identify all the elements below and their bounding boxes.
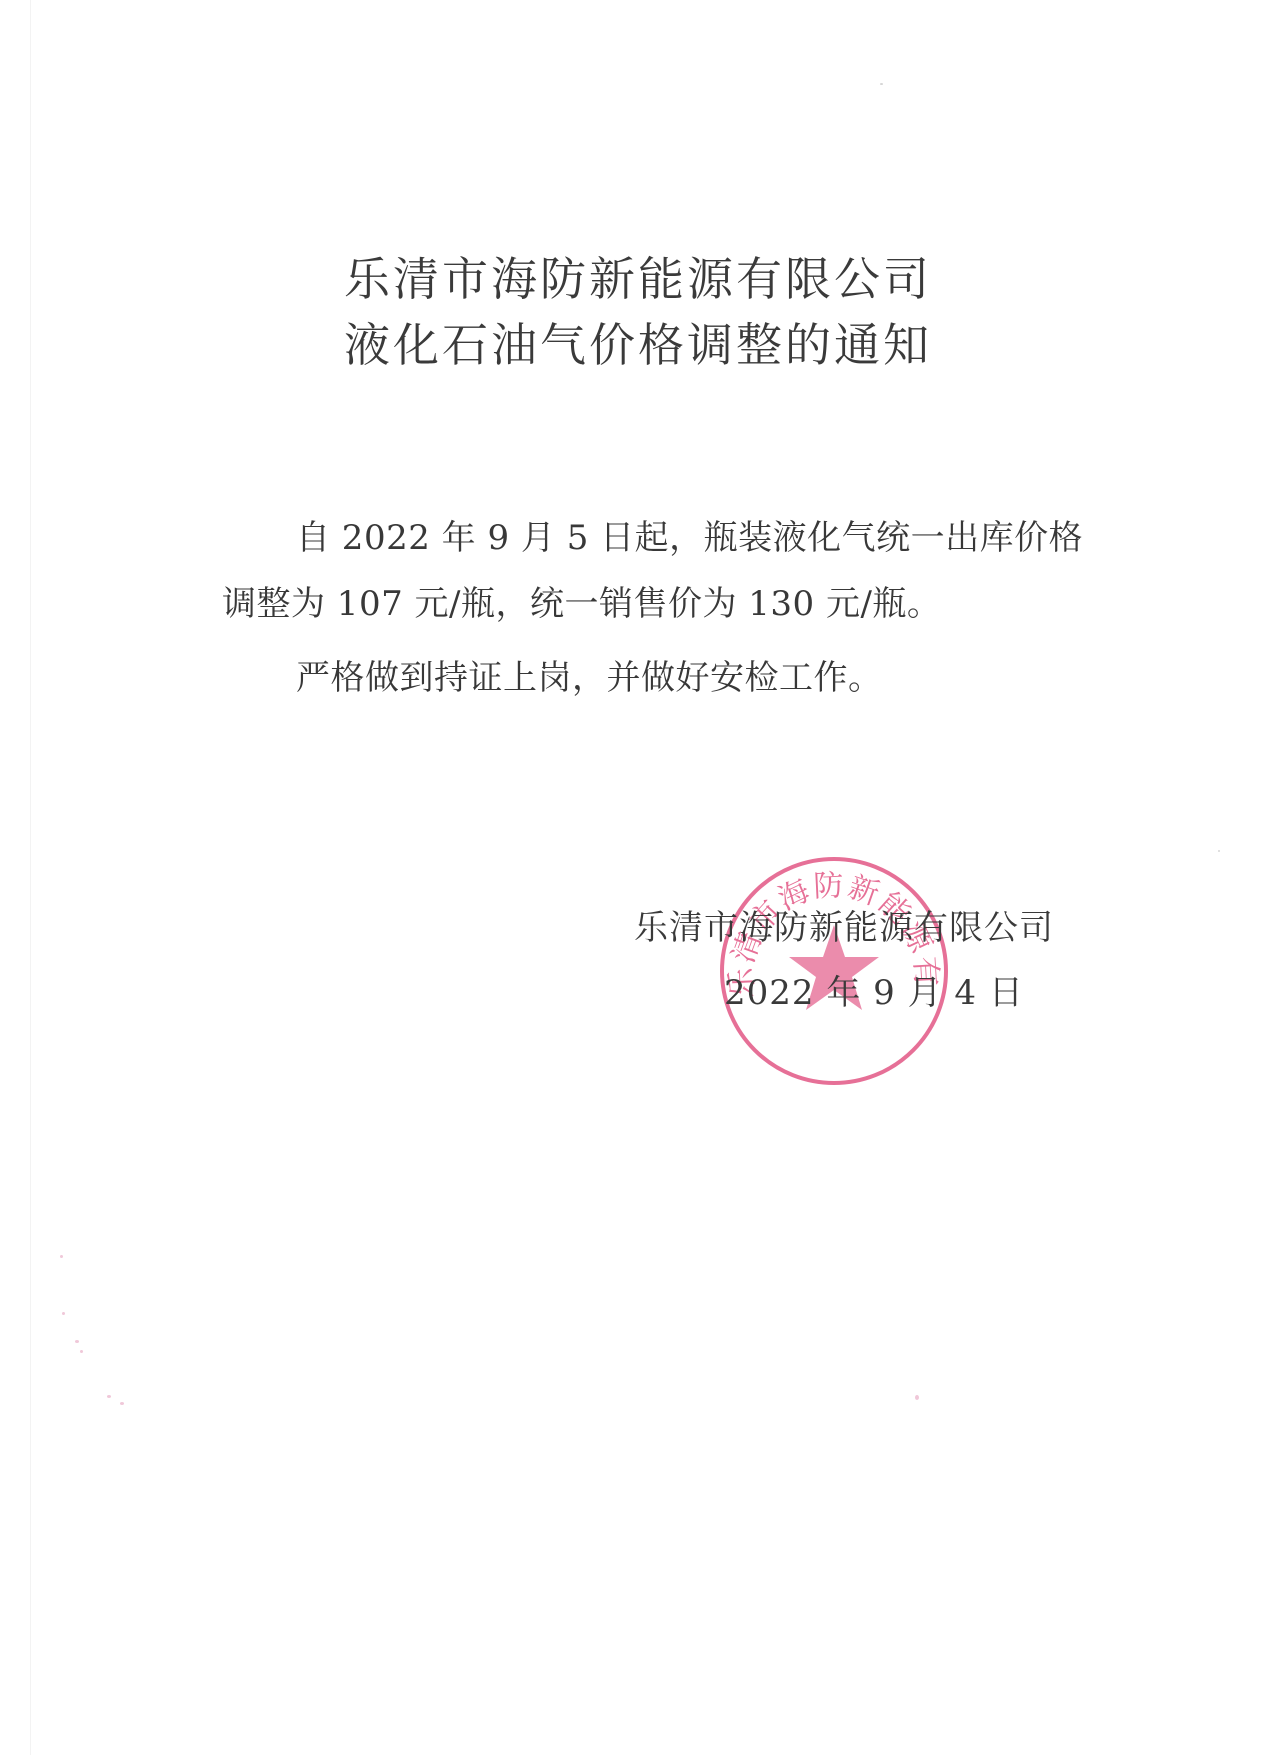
scan-artifact <box>60 1255 63 1258</box>
scan-artifact <box>107 1395 111 1398</box>
scan-artifact <box>80 1350 83 1353</box>
scan-artifact <box>75 1340 79 1343</box>
signature-company: 乐清市海防新能源有限公司 <box>634 900 1054 949</box>
body-paragraph2: 严格做到持证上岗，并做好安检工作。 <box>296 650 883 699</box>
document-title-line1: 乐清市海防新能源有限公司 <box>0 243 1276 309</box>
scan-artifact <box>880 83 883 85</box>
scan-artifact <box>1218 850 1220 852</box>
body-paragraph1-line1: 自 2022 年 9 月 5 日起，瓶装液化气统一出库价格 <box>296 510 1083 559</box>
document-title-line2: 液化石油气价格调整的通知 <box>0 309 1276 375</box>
scan-artifact <box>915 1395 919 1400</box>
scan-artifact <box>120 1402 124 1405</box>
body-paragraph1-line2: 调整为 107 元/瓶，统一销售价为 130 元/瓶。 <box>222 576 941 625</box>
signature-date: 2022 年 9 月 4 日 <box>724 965 1024 1014</box>
scan-artifact <box>62 1312 65 1315</box>
